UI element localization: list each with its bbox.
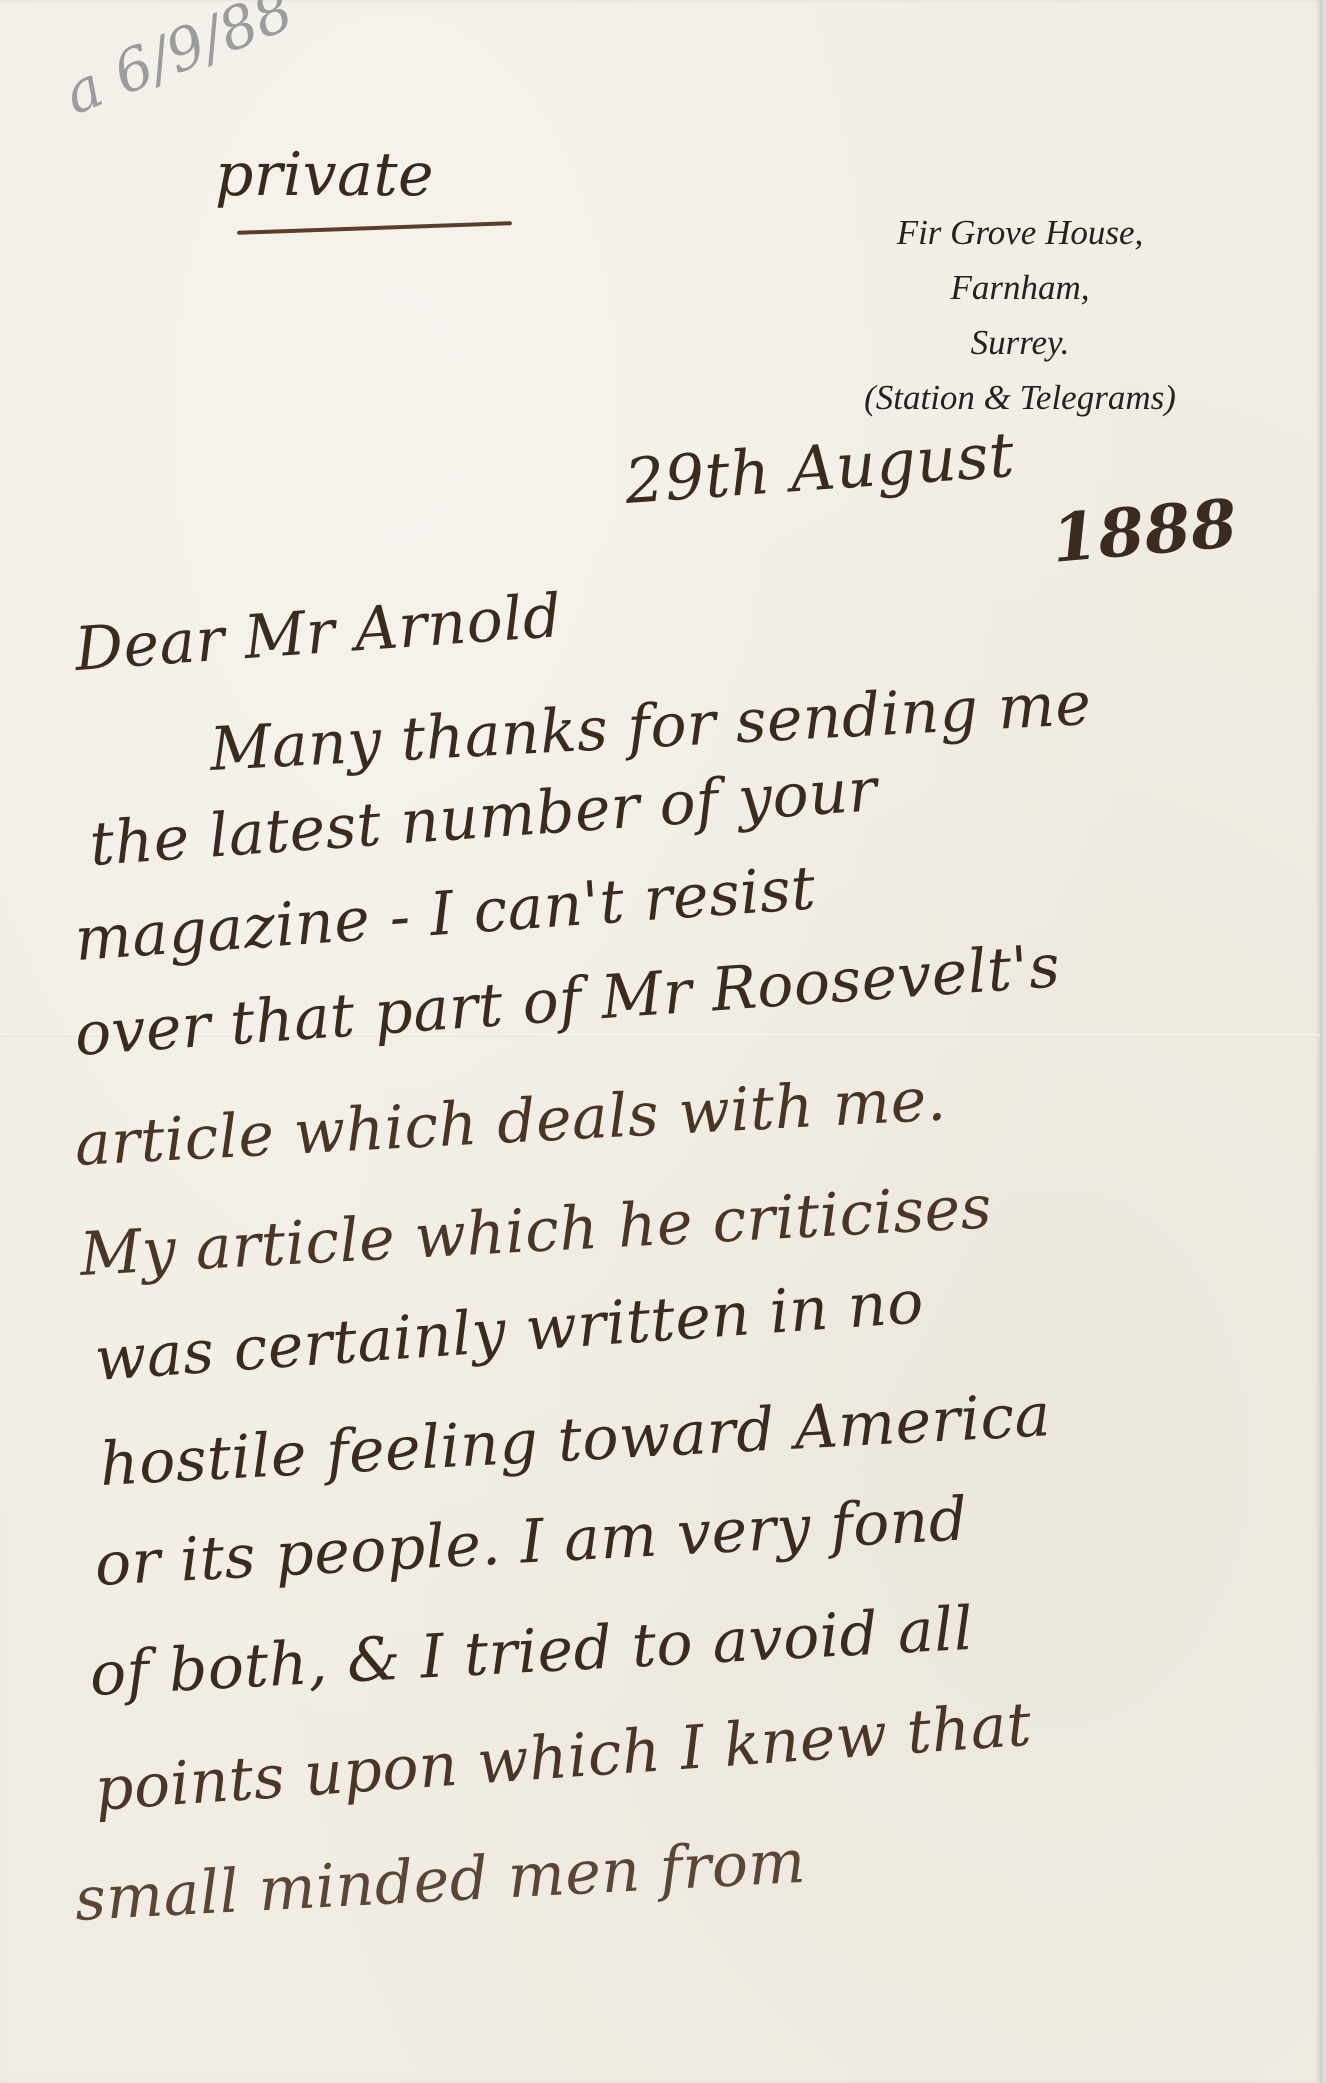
body-line: Many thanks for sending me [208, 669, 1093, 785]
pencil-archive-annotation: a 6/9/88 [55, 0, 303, 128]
body-line: was certainly written in no [93, 1267, 926, 1395]
letterhead-line: Farnham, [820, 260, 1220, 315]
body-line: hostile feeling toward America [98, 1380, 1052, 1500]
private-underline [237, 221, 512, 235]
letter-page: a 6/9/88 private Fir Grove House, Farnha… [0, 0, 1320, 2083]
letterhead-line: Fir Grove House, [820, 205, 1220, 260]
letter-date-day-month: 29th August [622, 418, 1016, 518]
body-line: or its people. I am very fond [93, 1484, 969, 1600]
scan-border-edge [1320, 0, 1326, 2083]
letter-date-year: 1888 [1049, 484, 1241, 578]
letterhead-line: (Station & Telegrams) [820, 370, 1220, 425]
body-line: points upon which I knew that [93, 1690, 1034, 1825]
printed-letterhead: Fir Grove House, Farnham, Surrey. (Stati… [820, 205, 1220, 425]
body-line: small minded men from [73, 1827, 807, 1935]
letterhead-line: Surrey. [820, 315, 1220, 370]
body-line: of both, & I tried to avoid all [88, 1594, 975, 1710]
body-line: article which deals with me. [73, 1064, 948, 1180]
salutation: Dear Mr Arnold [73, 581, 564, 685]
private-marking: private [215, 140, 434, 210]
